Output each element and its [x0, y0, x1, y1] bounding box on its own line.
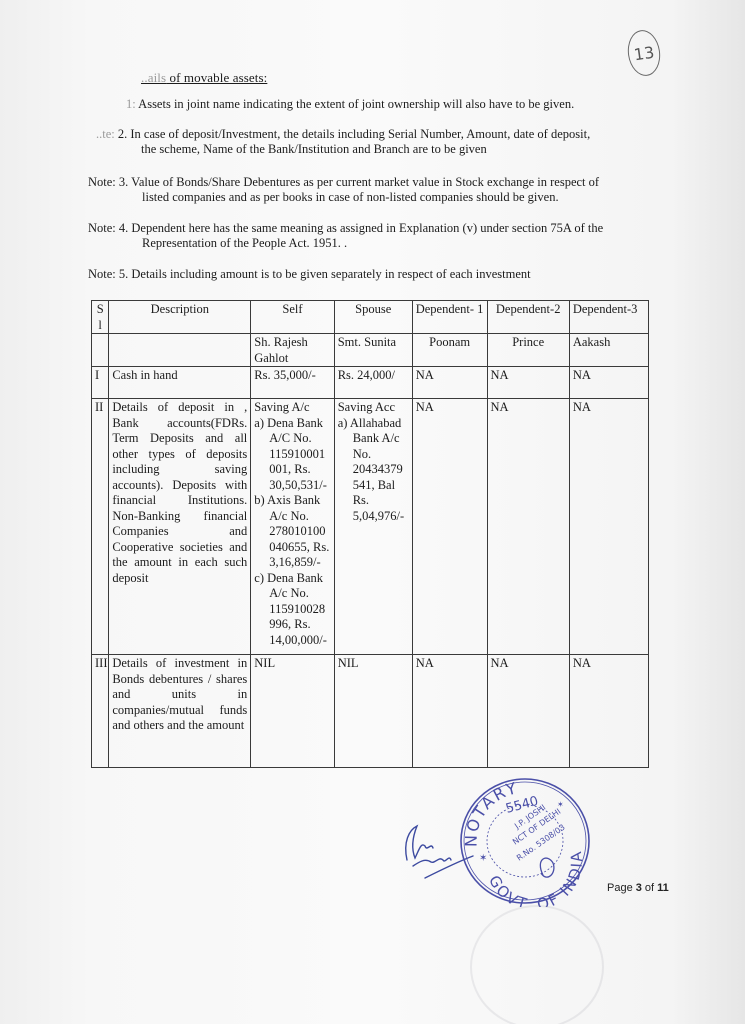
row-dependent-3: NA	[569, 655, 648, 768]
self-deposit-item-b: b) Axis Bank A/c No. 278010100 040655, R…	[254, 493, 330, 571]
table-row: II Details of deposit in , Bank accounts…	[92, 399, 649, 655]
table-header-row: S l Description Self Spouse Dependent- 1…	[92, 301, 649, 334]
note-prefix: ..te:	[96, 127, 115, 141]
note-prefix: Note:	[88, 175, 116, 189]
name-dependent-2: Prince	[487, 334, 569, 367]
note-1: 1: Assets in joint name indicating the e…	[126, 97, 574, 112]
page-mark-text: 13	[633, 42, 656, 64]
item-label: c)	[254, 571, 264, 585]
movable-assets-table: S l Description Self Spouse Dependent- 1…	[91, 300, 649, 768]
item-text: Dena Bank A/C No. 115910001 001, Rs. 30,…	[267, 416, 327, 492]
note-line: Assets in joint name indicating the exte…	[138, 97, 574, 111]
row-dependent-1: NA	[412, 655, 487, 768]
note-4: Note: 4. Dependent here has the same mea…	[88, 221, 603, 251]
name-self: Sh. Rajesh Gahlot	[251, 334, 334, 367]
row-dependent-2: NA	[487, 367, 569, 399]
name-dependent-3: Aakash	[569, 334, 648, 367]
name-spouse: Smt. Sunita	[334, 334, 412, 367]
section-heading: ..ails of movable assets:	[141, 70, 267, 86]
note-line: listed companies and as per books in cas…	[88, 190, 599, 205]
item-text: Axis Bank A/c No. 278010100 040655, Rs. …	[267, 493, 329, 569]
svg-text:GOVT. OF INDIA: GOVT. OF INDIA	[485, 849, 586, 907]
self-deposit-item-c: c) Dena Bank A/c No. 115910028 996, Rs. …	[254, 571, 330, 649]
note-prefix: 1:	[126, 97, 136, 111]
note-line: 2. In case of deposit/Investment, the de…	[118, 127, 590, 141]
handwritten-page-mark: 13	[625, 28, 663, 78]
footer-total-pages: 11	[657, 882, 669, 894]
header-self: Self	[251, 301, 334, 334]
affidavit-page: 13 ..ails of movable assets: 1: Assets i…	[0, 0, 745, 1024]
header-description: Description	[109, 301, 251, 334]
note-line: 5. Details including amount is to be giv…	[119, 267, 531, 281]
note-line: 4. Dependent here has the same meaning a…	[119, 221, 603, 235]
page-footer: Page 3 of 11	[607, 882, 669, 894]
note-2: ..te: 2. In case of deposit/Investment, …	[96, 127, 590, 157]
row-spouse: Rs. 24,000/	[334, 367, 412, 399]
table-names-row: Sh. Rajesh Gahlot Smt. Sunita Poonam Pri…	[92, 334, 649, 367]
note-3: Note: 3. Value of Bonds/Share Debentures…	[88, 175, 599, 205]
header-dependent-1: Dependent- 1	[412, 301, 487, 334]
note-5: Note: 5. Details including amount is to …	[88, 267, 531, 282]
names-sl-empty	[92, 334, 109, 367]
spouse-deposit-item-a: a) Allahabad Bank A/c No. 20434379 541, …	[338, 416, 409, 525]
row-description: Details of deposit in , Bank accounts(FD…	[109, 399, 251, 655]
names-description-empty	[109, 334, 251, 367]
header-spouse: Spouse	[334, 301, 412, 334]
item-label: a)	[254, 416, 264, 430]
row-dependent-2: NA	[487, 655, 569, 768]
item-text: Dena Bank A/c No. 115910028 996, Rs. 14,…	[267, 571, 327, 647]
note-line: Representation of the People Act. 1951. …	[88, 236, 603, 251]
faint-stamp-impression	[470, 905, 604, 1024]
header-dependent-2: Dependent-2	[487, 301, 569, 334]
item-text: Allahabad Bank A/c No. 20434379 541, Bal…	[350, 416, 404, 523]
self-deposit-title: Saving A/c	[254, 400, 330, 416]
note-prefix: Note:	[88, 221, 116, 235]
svg-text:✶: ✶	[557, 800, 564, 809]
row-spouse: NIL	[334, 655, 412, 768]
row-dependent-2: NA	[487, 399, 569, 655]
row-dependent-3: NA	[569, 367, 648, 399]
row-description: Cash in hand	[109, 367, 251, 399]
row-self: Saving A/c a) Dena Bank A/C No. 11591000…	[251, 399, 334, 655]
table-row: I Cash in hand Rs. 35,000/- Rs. 24,000/ …	[92, 367, 649, 399]
heading-faded-part: ..ails	[141, 70, 166, 85]
self-deposit-item-a: a) Dena Bank A/C No. 115910001 001, Rs. …	[254, 416, 330, 494]
footer-middle: of	[642, 882, 657, 894]
row-self: Rs. 35,000/-	[251, 367, 334, 399]
row-sl: II	[92, 399, 109, 655]
name-dependent-1: Poonam	[412, 334, 487, 367]
row-spouse: Saving Acc a) Allahabad Bank A/c No. 204…	[334, 399, 412, 655]
note-prefix: Note:	[88, 267, 116, 281]
row-dependent-3: NA	[569, 399, 648, 655]
item-label: b)	[254, 493, 264, 507]
footer-prefix: Page	[607, 882, 636, 894]
row-sl: I	[92, 367, 109, 399]
table-row: III Details of investment in Bonds deben…	[92, 655, 649, 768]
heading-text: of movable assets:	[166, 70, 267, 85]
note-line: the scheme, Name of the Bank/Institution…	[96, 142, 590, 157]
item-label: a)	[338, 416, 348, 430]
header-sl: S l	[92, 301, 109, 334]
row-dependent-1: NA	[412, 399, 487, 655]
note-line: 3. Value of Bonds/Share Debentures as pe…	[119, 175, 599, 189]
spouse-deposit-title: Saving Acc	[338, 400, 409, 416]
notary-stamp-icon: NOTARY GOVT. OF INDIA J.P. JOSHI NCT OF …	[455, 775, 593, 907]
row-description: Details of investment in Bonds debenture…	[109, 655, 251, 768]
row-sl: III	[92, 655, 109, 768]
row-self: NIL	[251, 655, 334, 768]
header-dependent-3: Dependent-3	[569, 301, 648, 334]
row-dependent-1: NA	[412, 367, 487, 399]
svg-text:✶: ✶	[479, 853, 487, 864]
